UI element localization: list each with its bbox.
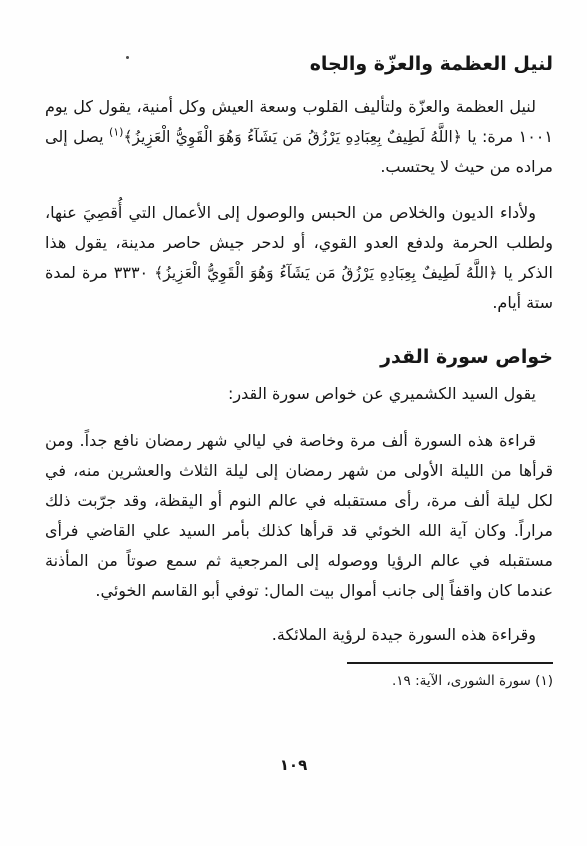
quran-verse-1: ﴿اللَّهُ لَطِيفٌ بِعِبَادِهِ يَرْزُقُ مَ… <box>123 128 461 146</box>
quran-verse-2: ﴿اللَّهُ لَطِيفٌ بِعِبَادِهِ يَرْزُقُ مَ… <box>154 264 497 282</box>
paragraph-2: ولأداء الديون والخلاص من الحبس والوصول إ… <box>45 198 553 318</box>
page-number: ١٠٩ <box>0 756 587 774</box>
section-1-heading: لنيل العظمة والعزّة والجاه <box>45 50 553 79</box>
page-content: لنيل العظمة والعزّة والجاه لنيل العظمة و… <box>45 50 553 691</box>
paragraph-1: لنيل العظمة والعزّة ولتأليف القلوب وسعة … <box>45 92 553 182</box>
footnote-ref-1: (١) <box>109 126 124 139</box>
footnote-separator-rule <box>347 662 553 664</box>
paragraph-3: يقول السيد الكشميري عن خواص سورة القدر: <box>45 379 553 409</box>
footnote-marker: (١) <box>535 673 553 689</box>
paragraph-5-text: وقراءة هذه السورة جيدة لرؤية الملائكة. <box>272 625 536 644</box>
footnote-area: (١) سورة الشورى، الآية: ١٩. <box>45 662 553 691</box>
book-page: لنيل العظمة والعزّة والجاه لنيل العظمة و… <box>0 0 587 846</box>
paragraph-5: وقراءة هذه السورة جيدة لرؤية الملائكة. <box>45 620 553 650</box>
section-2-heading: خواص سورة القدر <box>45 343 553 372</box>
paragraph-3-text: يقول السيد الكشميري عن خواص سورة القدر: <box>228 384 536 403</box>
footnote: (١) سورة الشورى، الآية: ١٩. <box>45 671 553 691</box>
paragraph-4-text: قراءة هذه السورة ألف مرة وخاصة في ليالي … <box>45 431 553 600</box>
paragraph-4: قراءة هذه السورة ألف مرة وخاصة في ليالي … <box>45 426 553 606</box>
footnote-text: سورة الشورى، الآية: ١٩. <box>392 673 531 689</box>
